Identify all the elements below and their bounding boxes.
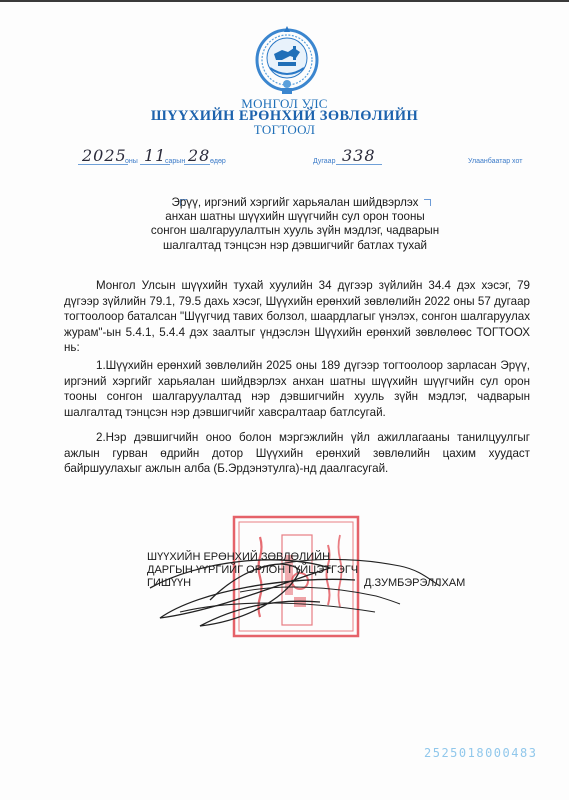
top-border bbox=[0, 0, 569, 2]
registration-number: 2525018000483 bbox=[424, 746, 537, 760]
item-1-text: 1.Шүүхийн ерөнхий зөвлөлийн 2025 оны 189… bbox=[64, 358, 530, 420]
day-underline bbox=[184, 164, 210, 165]
year-value: 2025 bbox=[82, 146, 127, 165]
title-line: анхан шатны шүүхийн шүүгчийн сул орон то… bbox=[150, 210, 440, 224]
place-label: Улаанбаатар хот bbox=[468, 158, 522, 165]
day-value: 28 bbox=[188, 146, 210, 165]
item-2-text: 2.Нэр дэвшигчийн оноо болон мэргэжлийн ү… bbox=[64, 430, 530, 477]
month-value: 11 bbox=[144, 146, 166, 165]
document-type-heading: ТОГТООЛ bbox=[0, 122, 569, 138]
preamble-paragraph: Монгол Улсын шүүхийн тухай хуулийн 34 дү… bbox=[64, 278, 530, 356]
number-value: 338 bbox=[342, 146, 376, 165]
year-label: оны bbox=[125, 158, 138, 165]
document-title: Эрүү, иргэний хэргийг харьяалан шийдвэрл… bbox=[150, 196, 440, 253]
handwritten-signature-icon bbox=[140, 540, 460, 640]
item-2-paragraph: 2.Нэр дэвшигчийн оноо болон мэргэжлийн ү… bbox=[64, 430, 530, 477]
item-1-paragraph: 1.Шүүхийн ерөнхий зөвлөлийн 2025 оны 189… bbox=[64, 358, 530, 420]
title-line: шалгалтад тэнцсэн нэр дэвшигчийг батлах … bbox=[150, 239, 440, 253]
preamble-text: Монгол Улсын шүүхийн тухай хуулийн 34 дү… bbox=[64, 278, 530, 356]
mongolia-state-emblem-icon bbox=[254, 24, 320, 96]
title-line: сонгон шалгаруулалтын хууль зүйн мэдлэг,… bbox=[150, 224, 440, 238]
year-underline bbox=[78, 164, 128, 165]
number-underline bbox=[336, 164, 382, 165]
month-label: сарын bbox=[165, 158, 185, 165]
day-label: өдөр bbox=[210, 158, 226, 165]
number-label: Дугаар bbox=[313, 158, 335, 165]
title-line: Эрүү, иргэний хэргийг харьяалан шийдвэрл… bbox=[150, 196, 440, 210]
